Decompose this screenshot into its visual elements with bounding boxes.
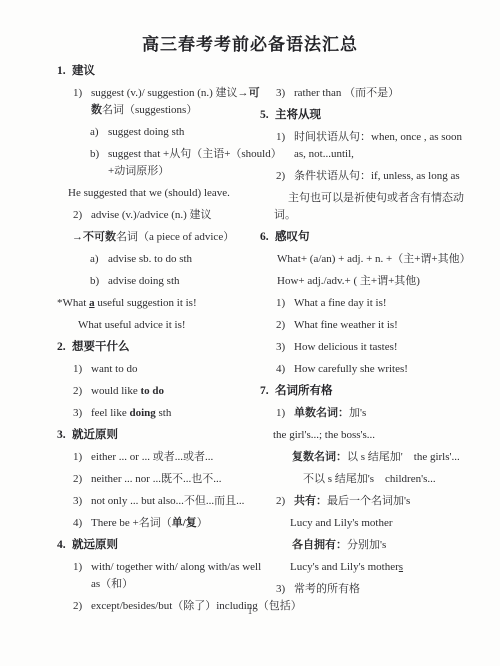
item-number: 3)	[276, 581, 294, 598]
item-number: 1.	[57, 63, 72, 80]
line-text: 感叹句	[275, 229, 310, 246]
text-line: 2)条件状语从句：if, unless, as long as	[276, 168, 470, 185]
line-text: 常考的所有格	[294, 581, 360, 598]
line-text: rather than （而不是）	[294, 85, 399, 102]
line-text: 时间状语从句：when, once , as soon	[294, 129, 462, 146]
section-header: 4.就远原则	[57, 537, 257, 554]
line-text: 数名词（suggestions）	[91, 102, 197, 119]
section-header: 7.名词所有格	[260, 383, 470, 400]
text-line: b)suggest that +从句（主语+（should）	[90, 146, 257, 163]
left-column: 1.建议1)suggest (v.)/ suggestion (n.) 建议→可…	[57, 63, 257, 620]
line-text: 不以 s 结尾加's children's...	[303, 471, 436, 488]
section-header: 3.就近原则	[57, 427, 257, 444]
text-line: 2)advise (v.)/advice (n.) 建议	[73, 207, 257, 224]
right-column: 3)rather than （而不是）5.主将从现1)时间状语从句：when, …	[260, 85, 470, 603]
line-text: 建议	[72, 63, 95, 80]
line-text: There be +名词（单/复）	[91, 515, 208, 532]
line-text: 词。	[274, 207, 296, 224]
line-text: Lucy's and Lily's mothers	[290, 559, 403, 576]
line-text: 各自拥有：分别加's	[292, 537, 386, 554]
text-line: Lucy and Lily's mother	[290, 515, 470, 532]
text-line: as（和）	[91, 576, 257, 593]
text-line: 各自拥有：分别加's	[292, 537, 470, 554]
item-number: 7.	[260, 383, 275, 400]
text-line: a)suggest doing sth	[90, 124, 257, 141]
text-line: b)advise doing sth	[90, 273, 257, 290]
line-text: 条件状语从句：if, unless, as long as	[294, 168, 460, 185]
item-number: 3)	[73, 493, 91, 510]
item-number: 2)	[73, 207, 91, 224]
item-number: 1)	[73, 361, 91, 378]
text-line: as, not...until,	[294, 146, 470, 163]
line-text: 名词所有格	[275, 383, 333, 400]
text-line: 1)suggest (v.)/ suggestion (n.) 建议→可	[73, 85, 257, 102]
line-text: advise (v.)/advice (n.) 建议	[91, 207, 212, 224]
text-line: 3)常考的所有格	[276, 581, 470, 598]
item-number: 4.	[57, 537, 72, 554]
line-text: What+ (a/an) + adj. + n. +（主+谓+其他）	[277, 251, 471, 268]
line-text: 主将从现	[275, 107, 321, 124]
text-line: 1)either ... or ... 或者...或者...	[73, 449, 257, 466]
line-text: advise doing sth	[108, 273, 180, 290]
line-text: Lucy and Lily's mother	[290, 515, 393, 532]
section-header: 5.主将从现	[260, 107, 470, 124]
item-number: 3)	[276, 339, 294, 356]
text-line: 1)时间状语从句：when, once , as soon	[276, 129, 470, 146]
line-text: +动词原形）	[108, 163, 169, 180]
page-title: 高三春考考前必备语法汇总	[0, 30, 500, 55]
line-text: suggest doing sth	[108, 124, 184, 141]
text-line: How+ adj./adv.+ ( 主+谓+其他)	[277, 273, 470, 290]
item-number: 4)	[276, 361, 294, 378]
text-line: 词。	[274, 207, 470, 224]
text-line: the girl's...; the boss's...	[273, 427, 470, 444]
section-header: 1.建议	[57, 63, 257, 80]
line-text: neither ... nor ...既不...也不...	[91, 471, 221, 488]
item-number: 1)	[276, 129, 294, 146]
text-line: 1)want to do	[73, 361, 257, 378]
item-number: 1)	[73, 449, 91, 466]
item-number: 3)	[276, 85, 294, 102]
item-number: b)	[90, 273, 108, 290]
text-line: 数名词（suggestions）	[91, 102, 257, 119]
text-line: 复数名词：以 s 结尾加' the girls'...	[292, 449, 470, 466]
line-text: How+ adj./adv.+ ( 主+谓+其他)	[277, 273, 420, 290]
line-text: would like to do	[91, 383, 164, 400]
line-text: either ... or ... 或者...或者...	[91, 449, 213, 466]
line-text: with/ together with/ along with/as well	[91, 559, 261, 576]
line-text: What a fine day it is!	[294, 295, 387, 312]
item-number: 6.	[260, 229, 275, 246]
line-text: 就近原则	[72, 427, 118, 444]
text-line: 不以 s 结尾加's children's...	[303, 471, 470, 488]
item-number: 2)	[276, 493, 294, 510]
item-number: 4)	[73, 515, 91, 532]
text-line: 1)with/ together with/ along with/as wel…	[73, 559, 257, 576]
line-text: advise sb. to do sth	[108, 251, 192, 268]
line-text: 就远原则	[72, 537, 118, 554]
text-line: 2)would like to do	[73, 383, 257, 400]
text-line: 2)neither ... nor ...既不...也不...	[73, 471, 257, 488]
page-number: 1	[0, 606, 500, 616]
line-text: 想要干什么	[72, 339, 130, 356]
line-text: 复数名词：以 s 结尾加' the girls'...	[292, 449, 460, 466]
line-text: as（和）	[91, 576, 133, 593]
text-line: 3)How delicious it tastes!	[276, 339, 470, 356]
item-number: 2)	[276, 168, 294, 185]
text-line: 1)What a fine day it is!	[276, 295, 470, 312]
line-text: What useful advice it is!	[78, 317, 186, 334]
text-line: *What a useful suggestion it is!	[57, 295, 257, 312]
line-text: not only ... but also...不但...而且...	[91, 493, 244, 510]
text-line: 2)What fine weather it is!	[276, 317, 470, 334]
text-line: What+ (a/an) + adj. + n. +（主+谓+其他）	[277, 251, 470, 268]
line-text: He suggested that we (should) leave.	[68, 185, 230, 202]
text-line: 1)单数名词：加's	[276, 405, 470, 422]
text-line: Lucy's and Lily's mothers	[290, 559, 470, 576]
text-line: 主句也可以是祈使句或者含有情态动	[288, 190, 470, 207]
text-line: 4)How carefully she writes!	[276, 361, 470, 378]
item-number: 2.	[57, 339, 72, 356]
text-line: a)advise sb. to do sth	[90, 251, 257, 268]
item-number: 3)	[73, 405, 91, 422]
text-line: He suggested that we (should) leave.	[68, 185, 257, 202]
item-number: a)	[90, 124, 108, 141]
line-text: 单数名词：加's	[294, 405, 366, 422]
item-number: 1)	[73, 559, 91, 576]
line-text: want to do	[91, 361, 137, 378]
line-text: *What a useful suggestion it is!	[57, 295, 197, 312]
line-text: 主句也可以是祈使句或者含有情态动	[288, 190, 464, 207]
text-line: 3)rather than （而不是）	[276, 85, 470, 102]
item-number: 1)	[73, 85, 91, 102]
item-number: 2)	[276, 317, 294, 334]
line-text: How delicious it tastes!	[294, 339, 398, 356]
item-number: b)	[90, 146, 108, 163]
line-text: feel like doing sth	[91, 405, 171, 422]
document-page: 高三春考考前必备语法汇总 1.建议1)suggest (v.)/ suggest…	[0, 0, 500, 666]
line-text: as, not...until,	[294, 146, 354, 163]
line-text: →不可数名词（a piece of advice）	[72, 229, 234, 246]
line-text: the girl's...; the boss's...	[273, 427, 375, 444]
text-line: 3)feel like doing sth	[73, 405, 257, 422]
item-number: 5.	[260, 107, 275, 124]
item-number: 3.	[57, 427, 72, 444]
text-line: +动词原形）	[108, 163, 257, 180]
line-text: 共有：最后一个名词加's	[294, 493, 410, 510]
item-number: 2)	[73, 471, 91, 488]
line-text: suggest that +从句（主语+（should）	[108, 146, 282, 163]
text-line: What useful advice it is!	[78, 317, 257, 334]
line-text: What fine weather it is!	[294, 317, 398, 334]
line-text: How carefully she writes!	[294, 361, 408, 378]
item-number: 1)	[276, 295, 294, 312]
text-line: 3)not only ... but also...不但...而且...	[73, 493, 257, 510]
line-text: suggest (v.)/ suggestion (n.) 建议→可	[91, 85, 260, 102]
text-line: →不可数名词（a piece of advice）	[72, 229, 257, 246]
item-number: 2)	[73, 383, 91, 400]
section-header: 6.感叹句	[260, 229, 470, 246]
text-line: 4)There be +名词（单/复）	[73, 515, 257, 532]
item-number: a)	[90, 251, 108, 268]
section-header: 2.想要干什么	[57, 339, 257, 356]
text-line: 2)共有：最后一个名词加's	[276, 493, 470, 510]
item-number: 1)	[276, 405, 294, 422]
